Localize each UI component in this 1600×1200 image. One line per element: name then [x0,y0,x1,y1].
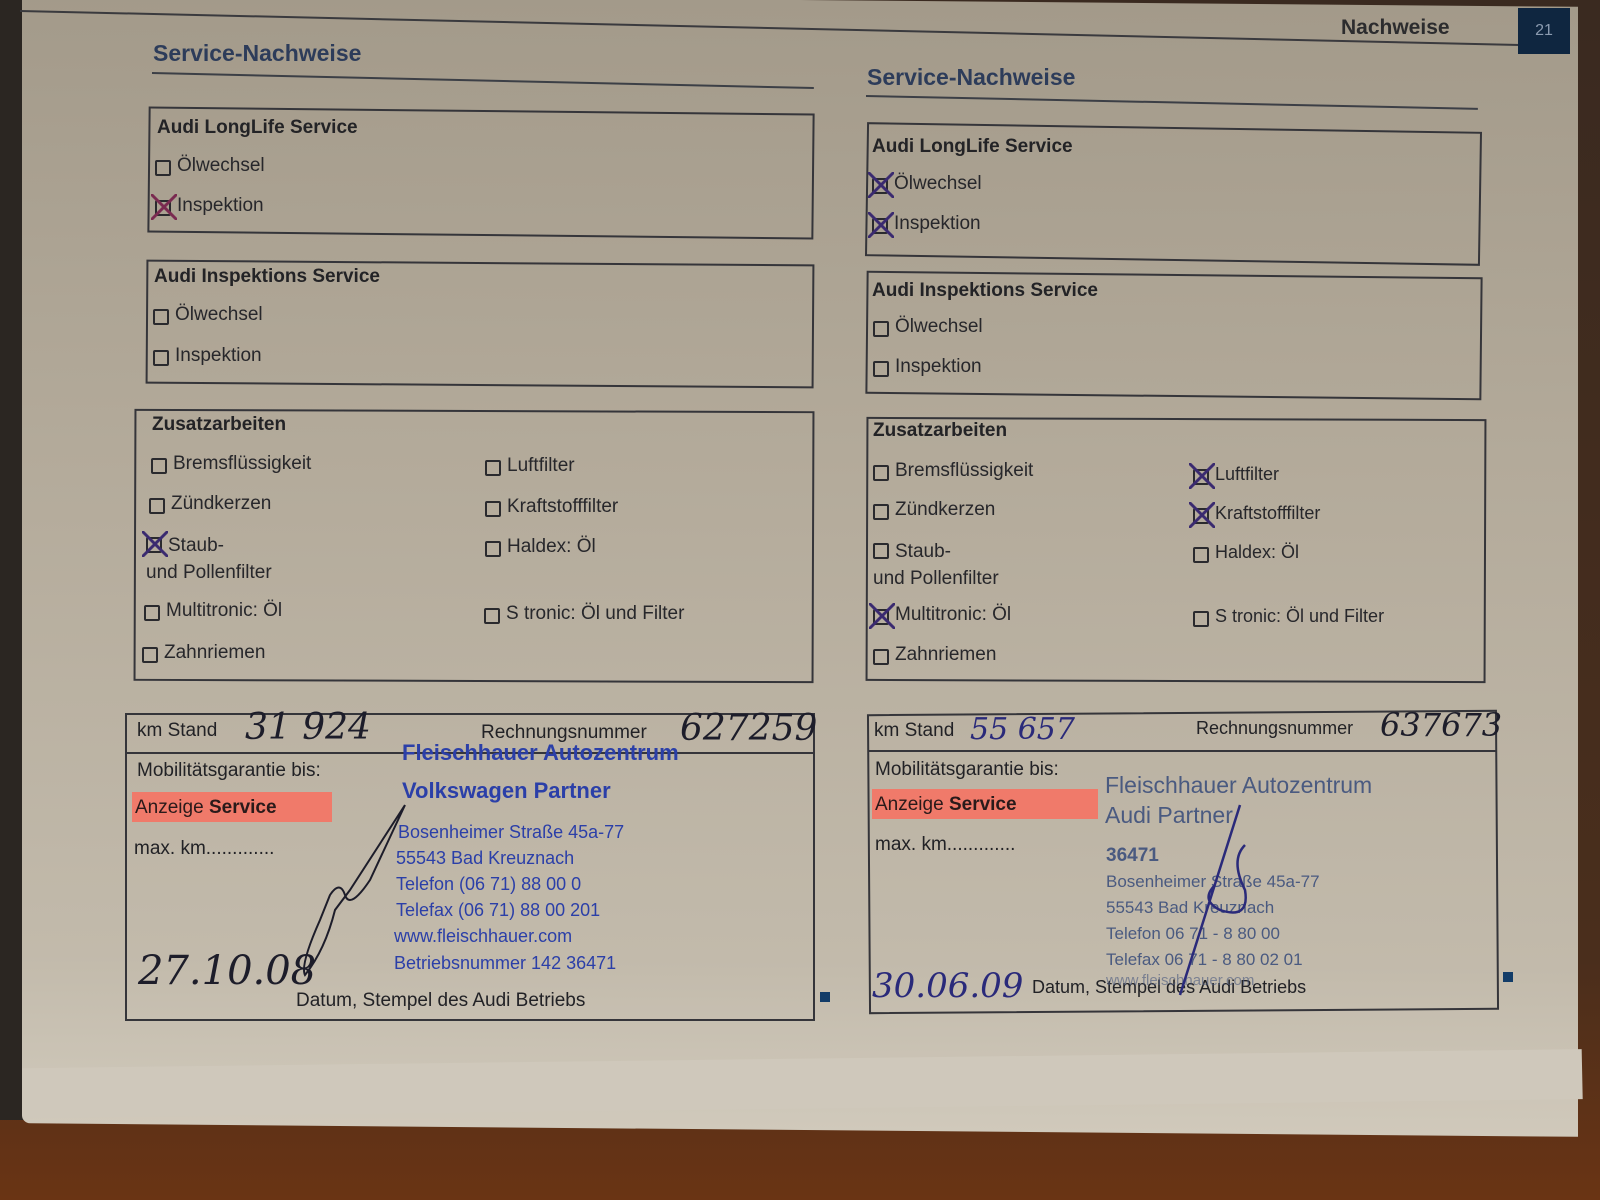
right-zusatz-zuendkerzen: Zündkerzen [873,499,995,521]
left-zusatz-zahnriemen: Zahnriemen [142,642,265,664]
right-mobility-label: Mobilitätsgarantie bis: [875,759,1059,781]
checked-checkbox-icon [872,218,888,234]
right-longlife-title: Audi LongLife Service [872,136,1073,158]
right-zusatz-title: Zusatzarbeiten [873,420,1007,442]
left-inspektion-title: Audi Inspektions Service [154,266,380,288]
item-label: S tronic: Öl und Filter [506,603,684,625]
left-zusatz-haldex: Haldex: Öl [485,536,596,558]
right-longlife-oelwechsel: Ölwechsel [872,173,982,195]
checkbox-icon [873,361,889,377]
item-label: Haldex: Öl [1215,542,1299,563]
checkbox-icon [144,605,160,621]
item-label: Zahnriemen [895,644,996,666]
right-signature [1160,800,1280,1000]
right-zusatz-zahnriemen: Zahnriemen [873,644,996,666]
checkbox-icon [485,541,501,557]
right-anzeige-service: Anzeige Service [875,794,1017,816]
right-zusatz-haldex: Haldex: Öl [1193,542,1299,563]
left-signature [290,800,430,980]
right-zusatz-stronic: S tronic: Öl und Filter [1193,606,1384,627]
left-km-label: km Stand [137,720,217,742]
service-text: Service [949,794,1017,815]
checkbox-icon [873,504,889,520]
item-label: Kraftstofffilter [1215,503,1320,524]
checked-checkbox-icon [155,200,171,216]
item-label: Haldex: Öl [507,536,596,558]
page-number-tab: 21 [1518,8,1570,54]
item-label: Ölwechsel [894,173,982,195]
item-label: Luftfilter [507,455,575,477]
right-zusatz-luftfilter: Luftfilter [1193,464,1279,485]
left-zusatz-luftfilter: Luftfilter [485,455,575,477]
checkbox-icon [873,649,889,665]
item-label: Zündkerzen [171,493,271,515]
item-label: Kraftstofffilter [507,496,618,518]
item-label: Ölwechsel [895,316,983,338]
left-stamp-partner: Volkswagen Partner [402,778,611,804]
checkbox-icon [153,350,169,366]
checked-checkbox-icon [146,537,162,553]
left-end-marker [820,992,830,1002]
checkbox-icon [484,608,500,624]
left-km-value: 31 924 [245,707,371,748]
item-label: Multitronic: Öl [895,604,1011,626]
item-label: S tronic: Öl und Filter [1215,606,1384,627]
right-invoice-label: Rechnungsnummer [1196,718,1353,739]
right-section-title: Service-Nachweise [867,64,1075,91]
item-label-line2: und Pollenfilter [873,565,999,592]
checkbox-icon [485,501,501,517]
checked-checkbox-icon [1193,508,1209,524]
item-label: Bremsflüssigkeit [895,460,1033,482]
left-zusatz-kraftstofffilter: Kraftstofffilter [485,496,618,518]
service-text: Service [209,797,277,818]
checkbox-icon [1193,547,1209,563]
right-zusatz-pollenfilter: Staub- und Pollenfilter [873,538,999,592]
left-stamp-street: Bosenheimer Straße 45a-77 [398,822,624,843]
checkbox-icon [153,309,169,325]
right-end-marker [1503,972,1513,982]
right-zusatz-kraftstofffilter: Kraftstofffilter [1193,503,1320,524]
checked-checkbox-icon [873,609,889,625]
left-zusatz-multitronic: Multitronic: Öl [144,600,282,622]
checkbox-icon [873,321,889,337]
checkbox-icon [873,543,889,559]
item-label: Inspektion [895,356,982,378]
right-zusatz-multitronic: Multitronic: Öl [873,604,1011,626]
checked-checkbox-icon [1193,469,1209,485]
left-anzeige-service: Anzeige Service [135,797,277,819]
left-invoice-value: 627259 [680,708,817,749]
right-inspektion-title: Audi Inspektions Service [872,280,1098,302]
right-inspektion-inspektion: Inspektion [873,356,982,378]
page-bottom-edge [22,1049,1583,1118]
checkbox-icon [155,160,171,176]
anzeige-text: Anzeige [135,797,204,818]
item-label: Ölwechsel [177,155,265,177]
right-zusatz-bremsfluessigkeit: Bremsflüssigkeit [873,460,1033,482]
left-zusatz-stronic: S tronic: Öl und Filter [484,603,684,625]
right-invoice-value: 637673 [1380,706,1502,744]
item-label: Luftfilter [1215,464,1279,485]
item-label: Inspektion [177,195,264,217]
left-inspektion-oelwechsel: Ölwechsel [153,304,263,326]
left-zusatz-title: Zusatzarbeiten [152,414,286,436]
item-label: Inspektion [175,345,262,367]
item-label: Staub- [895,538,951,565]
left-longlife-title: Audi LongLife Service [157,117,358,139]
item-label: Staub- [168,532,224,559]
left-inspektion-inspektion: Inspektion [153,345,262,367]
item-label: Bremsflüssigkeit [173,453,311,475]
left-longlife-inspektion: Inspektion [155,195,264,217]
left-maxkm-label: max. km............. [134,838,274,860]
item-label: Ölwechsel [175,304,263,326]
left-footer-label: Datum, Stempel des Audi Betriebs [296,990,585,1012]
right-record-divider [868,750,1496,752]
chapter-label: Nachweise [1341,16,1450,40]
item-label: Inspektion [894,213,981,235]
item-label: Zahnriemen [164,642,265,664]
checkbox-icon [149,498,165,514]
left-section-title: Service-Nachweise [153,40,361,67]
checkbox-icon [142,647,158,663]
left-zusatz-zuendkerzen: Zündkerzen [149,493,271,515]
checkbox-icon [1193,611,1209,627]
left-stamp-name: Fleischhauer Autozentrum [402,740,679,766]
right-km-value: 55 657 [970,712,1075,747]
checkbox-icon [151,458,167,474]
right-maxkm-label: max. km............. [875,834,1015,856]
anzeige-text: Anzeige [875,794,944,815]
right-stamp-name: Fleischhauer Autozentrum [1105,772,1372,799]
item-label: Multitronic: Öl [166,600,282,622]
right-longlife-inspektion: Inspektion [872,213,981,235]
left-zusatz-pollenfilter: Staub- und Pollenfilter [146,532,272,586]
item-label: Zündkerzen [895,499,995,521]
checkbox-icon [873,465,889,481]
checked-checkbox-icon [872,178,888,194]
right-date-value: 30.06.09 [872,966,1023,1006]
item-label-line2: und Pollenfilter [146,559,272,586]
left-mobility-label: Mobilitätsgarantie bis: [137,760,321,782]
checkbox-icon [485,460,501,476]
right-stamp-number: 36471 [1106,845,1159,867]
left-longlife-oelwechsel: Ölwechsel [155,155,265,177]
right-inspektion-oelwechsel: Ölwechsel [873,316,983,338]
left-zusatz-bremsfluessigkeit: Bremsflüssigkeit [151,453,311,475]
right-km-label: km Stand [874,720,954,742]
